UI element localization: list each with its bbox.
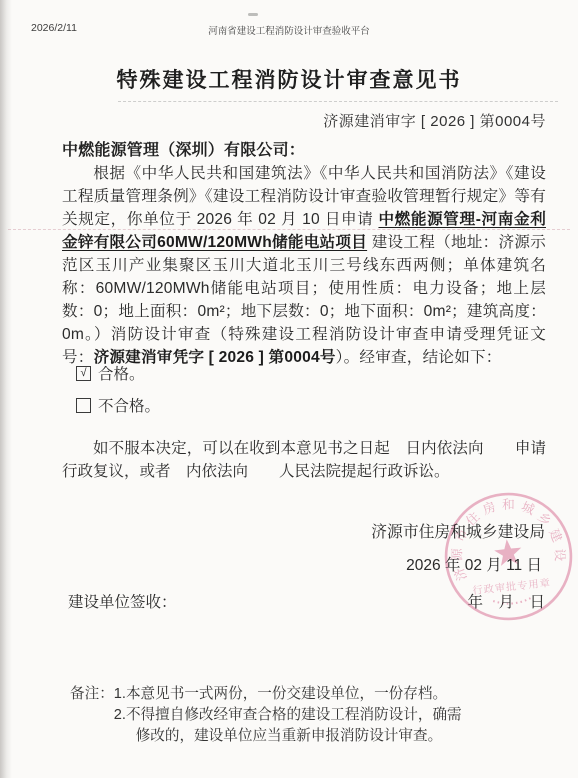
notes-label: 备注： [70, 684, 114, 747]
main-body: 中燃能源管理（深圳）有限公司： 根据《中华人民共和国建筑法》《中华人民共和国消防… [62, 139, 546, 369]
receipt-row: 建设单位签收： 年 月 日 [68, 590, 545, 612]
scan-artifact-line [118, 101, 558, 102]
receipt-label: 建设单位签收： [68, 590, 177, 612]
body-details: 建设工程（地址：济源示范区玉川产业集聚区玉川大道北玉川三号线东西两侧；单体建筑名… [62, 234, 546, 366]
scan-smudge [248, 13, 258, 16]
pass-label: 合格。 [98, 362, 145, 384]
conclusion-options: √ 合格。 不合格。 [76, 362, 160, 426]
body-tail: ）。经审查，结论如下： [336, 349, 502, 366]
check-mark: √ [80, 368, 86, 379]
document-number: 济源建消审字 [ 2026 ] 第0004号 [323, 110, 546, 131]
print-header: 2026/2/11 河南省建设工程消防设计审查验收平台 [0, 22, 578, 38]
document-title: 特殊建设工程消防设计审查意见书 [0, 64, 578, 94]
scan-edge-shadow [0, 0, 12, 778]
fail-label: 不合格。 [98, 394, 160, 416]
notes-block: 备注： 1.本意见书一式两份，一份交建设单位，一份存档。 2.不得擅自修改经审查… [70, 684, 462, 747]
receipt-date-blanks: 年 月 日 [467, 590, 545, 612]
issuing-agency: 济源市住房和城乡建设局 [371, 519, 545, 542]
appeal-paragraph: 如不服本决定，可以在收到本意见书之日起 日内依法向 申请行政复议，或者 内依法向… [62, 437, 546, 483]
recipient-name: 中燃能源管理（深圳）有限公司： [62, 139, 546, 162]
document-page: 2026/2/11 河南省建设工程消防设计审查验收平台 特殊建设工程消防设计审查… [0, 0, 578, 778]
body-paragraph: 根据《中华人民共和国建筑法》《中华人民共和国消防法》《建设工程质量管理条例》《建… [62, 162, 546, 369]
pass-checkbox-checked-icon: √ [76, 366, 91, 381]
note-item-2: 2.不得擅自修改经审查合格的建设工程消防设计，确需修改的，建设单位应当重新申报消… [114, 705, 462, 747]
stamp-content: 济源市住房和城乡建设局 行政审批专用章 [435, 483, 571, 600]
option-pass: √ 合格。 [76, 362, 160, 384]
note-item-1: 1.本意见书一式两份，一份交建设单位，一份存档。 [114, 684, 462, 705]
issue-date: 2026 年 02 月 11 日 [406, 553, 542, 575]
notes-items: 1.本意见书一式两份，一份交建设单位，一份存档。 2.不得擅自修改经审查合格的建… [114, 684, 462, 747]
option-fail: 不合格。 [76, 394, 160, 416]
fail-checkbox-empty-icon [76, 398, 91, 413]
platform-name: 河南省建设工程消防设计审查验收平台 [0, 23, 578, 37]
